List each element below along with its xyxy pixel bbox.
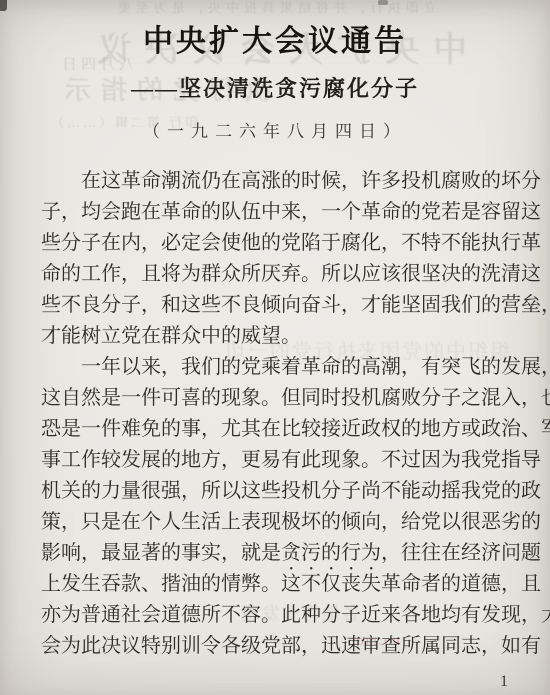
text-segment: 这自然是一件可喜的现象。但同时投机腐败分子之混入，也 [41, 387, 550, 409]
text-segment: 亦为普通社会道德所不容。此种分子近来各地均有发现，大 [41, 604, 550, 626]
text-line: 策，只是在个人生活上表现极坏的倾向，给党以很恶劣的 [41, 507, 509, 538]
text-segment: 些不良分子，和这些不良倾向奋斗，才能坚固我们的营垒， [41, 294, 550, 316]
text-segment: 在这革命潮流仍在高涨的时候，许多投机腐败的坏分 [81, 170, 541, 192]
document-subtitle: ——坚决清洗贪污腐化分子 [0, 76, 550, 102]
text-segment: 子，均会跑在革命的队伍中来，一个革命的党若是容留这 [41, 201, 541, 223]
document-date: （一九二六年八月四日） [0, 121, 550, 142]
paragraph: 在这革命潮流仍在高涨的时候，许多投机腐败的坏分子，均会跑在革命的队伍中来，一个革… [41, 166, 509, 352]
text-line: 在这革命潮流仍在高涨的时候，许多投机腐败的坏分 [41, 166, 509, 197]
emphasized-text: 贪污的行为 [281, 542, 381, 564]
text-line: 会为此决议特别训令各级党部，迅速审查所属同志，如有 [41, 631, 509, 662]
document-page: 立即执行，并将结果具报中央，是为至要 中央扩大会议决议 执行党的指示 八月四日 … [0, 0, 550, 695]
text-line: 些不良分子，和这些不良倾向奋斗，才能坚固我们的营垒， [41, 290, 509, 321]
text-segment: 恐是一件难免的事，尤其在比较接近政权的地方或政治、军 [41, 418, 550, 440]
text-line: 才能树立党在群众中的威望。 [41, 321, 509, 352]
text-line: 一年以来，我们的党乘着革命的高潮，有突飞的发展， [41, 352, 509, 383]
text-line: 事工作较发展的地方，更易有此现象。不过因为我党指导 [41, 445, 509, 476]
text-line: 子，均会跑在革命的队伍中来，一个革命的党若是容留这 [41, 197, 509, 228]
text-segment: 命的工作，且将为群众所厌弃。所以应该很坚决的洗清这 [41, 263, 541, 285]
text-line: 恐是一件难免的事，尤其在比较接近政权的地方或政治、军 [41, 414, 509, 445]
page-number: 1 [500, 673, 508, 691]
text-segment: ，往往在经济问题 [381, 542, 541, 564]
text-line: 这自然是一件可喜的现象。但同时投机腐败分子之混入，也 [41, 383, 509, 414]
text-line: 影响，最显著的事实，就是贪污的行为，往往在经济问题 [41, 538, 509, 569]
document-header: 中央扩大会议通告 ——坚决清洗贪污腐化分子 （一九二六年八月四日） [0, 0, 550, 142]
text-segment: 上发生吞款、揩油的情弊。这不仅丧失革命者的道德，且 [41, 573, 541, 595]
paragraph: 一年以来，我们的党乘着革命的高潮，有突飞的发展，这自然是一件可喜的现象。但同时投… [41, 352, 509, 662]
text-line: 上发生吞款、揩油的情弊。这不仅丧失革命者的道德，且 [41, 569, 509, 600]
text-segment: 机关的力量很强，所以这些投机分子尚不能动摇我党的政 [41, 480, 541, 502]
text-line: 些分子在内，必定会使他的党陷于腐化，不特不能执行革 [41, 228, 509, 259]
text-segment: 影响，最显著的事实，就是 [41, 542, 281, 564]
text-line: 机关的力量很强，所以这些投机分子尚不能动摇我党的政 [41, 476, 509, 507]
text-segment: 会为此决议特别训令各级党部，迅速审查所属同志，如有 [41, 635, 541, 657]
text-segment: 才能树立党在群众中的威望。 [41, 325, 301, 347]
text-segment: 事工作较发展的地方，更易有此现象。不过因为我党指导 [41, 449, 541, 471]
text-segment: 一年以来，我们的党乘着革命的高潮，有突飞的发展， [81, 356, 550, 378]
article: 在这革命潮流仍在高涨的时候，许多投机腐败的坏分子，均会跑在革命的队伍中来，一个革… [0, 166, 550, 662]
text-segment: 策，只是在个人生活上表现极坏的倾向，给党以很恶劣的 [41, 511, 541, 533]
text-segment: 些分子在内，必定会使他的党陷于腐化，不特不能执行革 [41, 232, 541, 254]
text-line: 亦为普通社会道德所不容。此种分子近来各地均有发现，大 [41, 600, 509, 631]
document-title: 中央扩大会议通告 [0, 25, 550, 59]
text-line: 命的工作，且将为群众所厌弃。所以应该很坚决的洗清这 [41, 259, 509, 290]
